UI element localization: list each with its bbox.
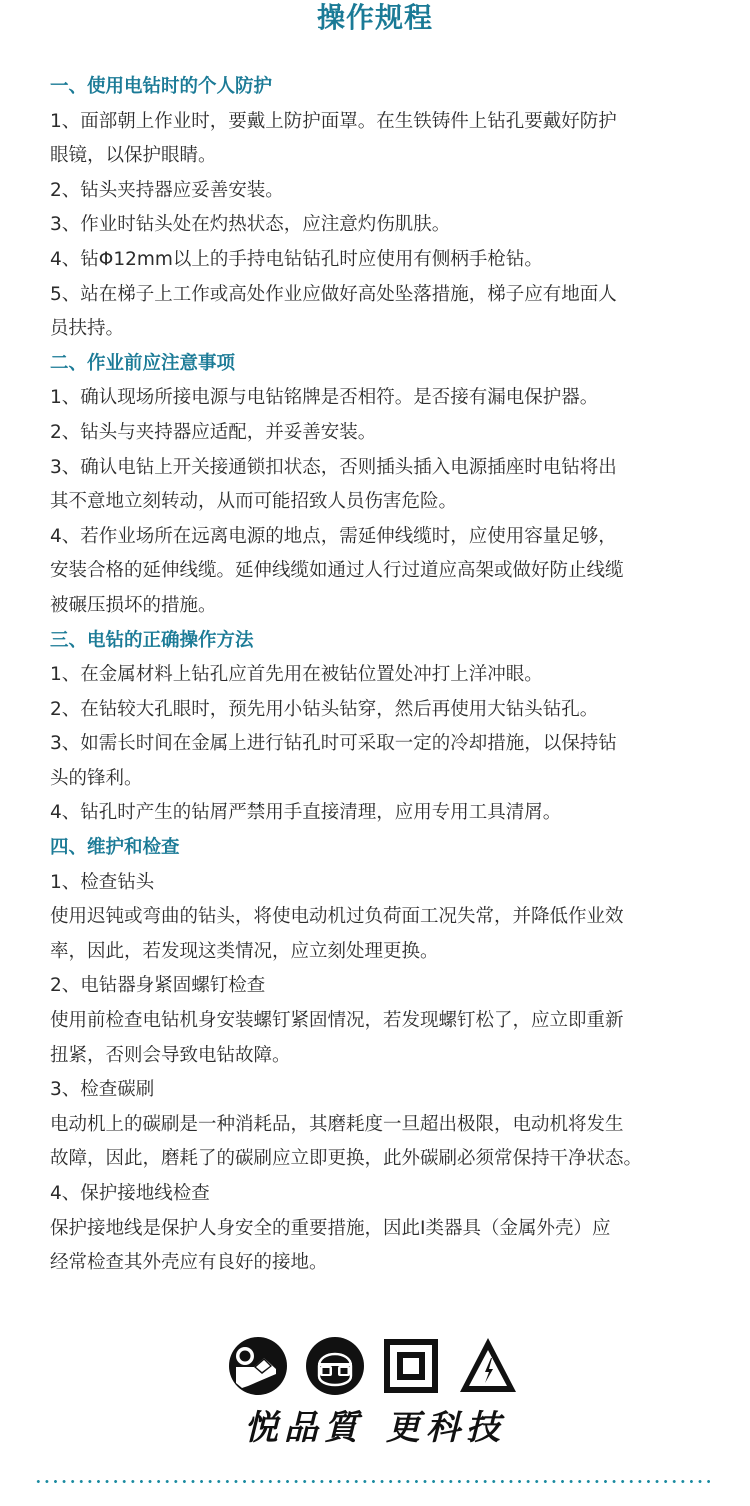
section-line: 经常检查其外壳应有良好的接地。 bbox=[50, 1246, 710, 1281]
section-line: 使用迟钝或弯曲的钻头，将使电动机过负荷面工况失常，并降低作业效 bbox=[50, 900, 710, 935]
brand-slogan: 悦品質更科技 bbox=[0, 1400, 750, 1449]
electric-hazard-icon bbox=[458, 1336, 518, 1396]
section-line: 4、保护接地线检查 bbox=[50, 1177, 710, 1212]
section-line: 3、如需长时间在金属上进行钻孔时可采取一定的冷却措施，以保持钻 bbox=[50, 727, 710, 762]
section-line: 5、站在梯子上工作或高处作业应做好高处坠落措施，梯子应有地面人 bbox=[50, 278, 710, 313]
section-line: 2、钻头夹持器应妥善安装。 bbox=[50, 174, 710, 209]
section-line: 3、检查碳刷 bbox=[50, 1073, 710, 1108]
section-line: 使用前检查电钻机身安装螺钉紧固情况，若发现螺钉松了，应立即重新 bbox=[50, 1004, 710, 1039]
double-insulation-icon bbox=[381, 1336, 441, 1396]
section-line: 2、钻头与夹持器应适配，并妥善安装。 bbox=[50, 416, 710, 451]
section-heading: 四、维护和检查 bbox=[50, 831, 710, 866]
section-line: 2、在钻较大孔眼时，预先用小钻头钻穿，然后再使用大钻头钻孔。 bbox=[50, 693, 710, 728]
section-line: 1、在金属材料上钻孔应首先用在被钻位置处冲打上洋冲眼。 bbox=[50, 658, 710, 693]
section-line: 率，因此，若发现这类情况，应立刻处理更换。 bbox=[50, 935, 710, 970]
section-line: 扭紧，否则会导致电钻故障。 bbox=[50, 1039, 710, 1074]
section-heading: 一、使用电钻时的个人防护 bbox=[50, 70, 710, 105]
slogan-left: 悦品質 bbox=[244, 1400, 364, 1449]
read-manual-icon bbox=[228, 1336, 288, 1396]
section-line: 2、电钻器身紧固螺钉检查 bbox=[50, 969, 710, 1004]
section-line: 1、检查钻头 bbox=[50, 866, 710, 901]
section-line: 其不意地立刻转动，从而可能招致人员伤害危险。 bbox=[50, 485, 710, 520]
section-line: 保护接地线是保护人身安全的重要措施，因此Ⅰ类器具（金属外壳）应 bbox=[50, 1212, 710, 1247]
section-line: 电动机上的碳刷是一种消耗品，其磨耗度一旦超出极限，电动机将发生 bbox=[50, 1108, 710, 1143]
section-line: 眼镜，以保护眼睛。 bbox=[50, 139, 710, 174]
section-line: 3、作业时钻头处在灼热状态，应注意灼伤肌肤。 bbox=[50, 208, 710, 243]
page-title: 操作规程 bbox=[0, 0, 750, 36]
section-line: 安装合格的延伸线缆。延伸线缆如通过人行过道应高架或做好防止线缆 bbox=[50, 554, 710, 589]
section-line: 4、钻孔时产生的钻屑严禁用手直接清理，应用专用工具清屑。 bbox=[50, 796, 710, 831]
section-line: 故障，因此，磨耗了的碳刷应立即更换，此外碳刷必须常保持干净状态。 bbox=[50, 1142, 710, 1177]
safety-icons bbox=[228, 1335, 518, 1397]
wear-eye-protection-icon bbox=[305, 1336, 365, 1396]
section-line: 员扶持。 bbox=[50, 312, 710, 347]
section-heading: 二、作业前应注意事项 bbox=[50, 347, 710, 382]
section-line: 被碾压损坏的措施。 bbox=[50, 589, 710, 624]
section-line: 1、面部朝上作业时，要戴上防护面罩。在生铁铸件上钻孔要戴好防护 bbox=[50, 105, 710, 140]
dotted-divider bbox=[34, 1480, 710, 1483]
section-line: 3、确认电钻上开关接通锁扣状态，否则插头插入电源插座时电钻将出 bbox=[50, 451, 710, 486]
section-line: 头的锋利。 bbox=[50, 762, 710, 797]
section-line: 4、钻Φ12mm以上的手持电钻钻孔时应使用有侧柄手枪钻。 bbox=[50, 243, 710, 278]
section-line: 1、确认现场所接电源与电钻铭牌是否相符。是否接有漏电保护器。 bbox=[50, 381, 710, 416]
section-heading: 三、电钻的正确操作方法 bbox=[50, 624, 710, 659]
section-line: 4、若作业场所在远离电源的地点，需延伸线缆时，应使用容量足够， bbox=[50, 520, 710, 555]
slogan-right: 更科技 bbox=[386, 1400, 506, 1449]
procedure-content: 一、使用电钻时的个人防护 1、面部朝上作业时，要戴上防护面罩。在生铁铸件上钻孔要… bbox=[50, 70, 710, 1281]
